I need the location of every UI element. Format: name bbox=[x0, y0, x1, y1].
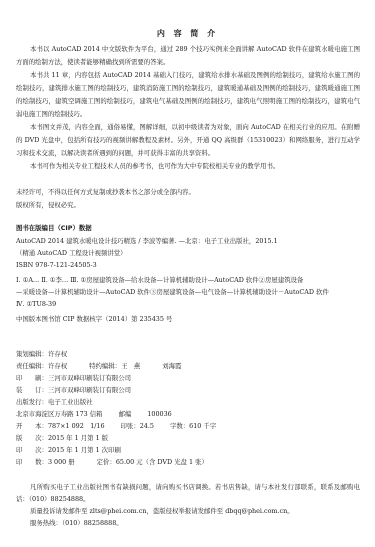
intro-paragraph-1: 本书以 AutoCAD 2014 中文版软件为平台，通过 289 个技巧实例来全… bbox=[16, 43, 360, 69]
rights-reserved: 版权所有，侵权必究。 bbox=[16, 199, 366, 212]
copyright-notice: 未经许可，不得以任何方式复制或抄袭本书之部分或全部内容。 bbox=[16, 186, 366, 199]
intro-paragraph-3: 本书图文并茂，内容全面，通俗易懂，图解详细，以初中级读者为对象，面向 AutoC… bbox=[16, 121, 360, 160]
cip-classification-3: Ⅳ. ①TU8-39 bbox=[16, 298, 366, 311]
price-label: 定价： bbox=[97, 456, 116, 469]
print-run-row: 印 数： 3 000 册 定价： 65.00 元（含 DVD 光盘 1 张） bbox=[16, 456, 366, 469]
copyright-page: 内 容 简 介 本书以 AutoCAD 2014 中文版软件为平台，通过 289… bbox=[0, 0, 375, 547]
price: 65.00 元（含 DVD 光盘 1 张） bbox=[116, 456, 208, 469]
cip-record: 中国版本图书馆 CIP 数据核字（2014）第 235435 号 bbox=[16, 313, 366, 326]
print-run-label: 印 数： bbox=[16, 456, 48, 469]
cip-isbn: ISBN 978-7-121-24505-3 bbox=[16, 259, 366, 272]
page-title: 内 容 简 介 bbox=[0, 28, 375, 39]
intro-paragraph-2: 本书共 11 章，内容包括 AutoCAD 2014 基础入门技巧，建筑给水排水… bbox=[16, 69, 360, 121]
footer-exchange-notice: 凡所购买电子工业出版社图书有缺损问题，请向购买书店调换。若书店售缺，请与本社发行… bbox=[16, 481, 360, 505]
print-run: 3 000 册 bbox=[48, 456, 75, 469]
footer-service-hotline: 服务热线：（010）88258888。 bbox=[30, 517, 375, 530]
cip-heading: 图书在版编目（CIP）数据 bbox=[16, 222, 366, 235]
intro-paragraph-4: 本书可作为相关专业工程技术人员的参考书，也可作为大中专院校相关专业的教学用书。 bbox=[16, 160, 360, 173]
